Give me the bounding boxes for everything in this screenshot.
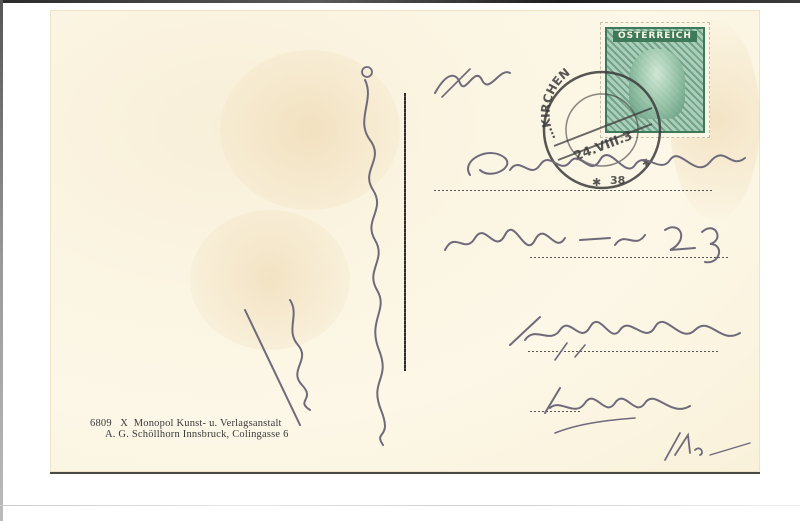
- handwriting-recipient-name: [460, 140, 750, 205]
- svg-text:…KIRCHEN: …KIRCHEN: [540, 68, 573, 142]
- handwriting-initial: [660, 425, 760, 470]
- stamp-country-label: ÖSTERREICH: [613, 31, 697, 42]
- handwriting-street: [440, 210, 740, 275]
- card-divider: [404, 93, 406, 371]
- scan-bottom-streak: [0, 505, 800, 506]
- imprint-line-2: A. G. Schöllhorn Innsbruck, Colingasse 6: [90, 429, 289, 440]
- handwriting-city: [505, 305, 755, 370]
- handwriting-message: [345, 60, 395, 455]
- scan-left-edge: [0, 0, 3, 521]
- handwriting-salutation: [430, 55, 520, 110]
- imprint-publisher: X Monopol Kunst- u. Verlagsanstalt: [120, 418, 281, 429]
- imprint-line-1: 6809 X Monopol Kunst- u. Verlagsanstalt: [90, 418, 289, 429]
- publisher-imprint: 6809 X Monopol Kunst- u. Verlagsanstalt …: [90, 418, 289, 440]
- scan-top-edge: [0, 0, 800, 3]
- postmark-town: …KIRCHEN: [540, 68, 573, 142]
- imprint-number: 6809: [90, 418, 112, 429]
